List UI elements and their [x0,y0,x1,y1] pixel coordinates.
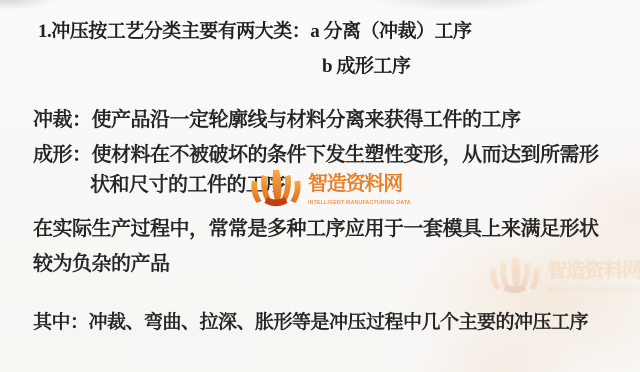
watermark: 智造资料网 INTELLIGENT MANUFACTURING DATA [247,164,506,207]
definition-forming-line1: 成形：使材料在不被破坏的条件下发生塑性变形，从而达到所需形 [33,138,599,167]
paragraph-production-line1: 在实际生产过程中，常常是多种工序应用于一套模具上来满足形状 [33,212,599,241]
brand-logo-icon-faint [486,251,544,294]
slide-canvas: 1.冲压按工艺分类主要有两大类：a 分离（冲裁）工序 b 成形工序 冲裁：使产品… [0,0,640,372]
definition-blanking: 冲裁：使产品沿一定轮廓线与材料分离来获得工件的工序 [33,103,521,132]
brand-logo-icon [247,164,305,207]
brand-tagline-faint: INTELLIGENT MANUFACTURING DATA [547,287,640,293]
watermark-faint: 智造资料网 INTELLIGENT MANUFACTURING DATA [486,251,640,294]
brand-tagline-wrap: INTELLIGENT MANUFACTURING DATA [308,195,506,202]
heading-branch-b: b 成形工序 [322,51,410,78]
brand-name: 智造资料网 [308,173,506,195]
paragraph-production-line2: 较为负杂的产品 [33,247,170,276]
brand-text-block-faint: 智造资料网 INTELLIGENT MANUFACTURING DATA [547,251,640,289]
brand-tagline: INTELLIGENT MANUFACTURING DATA [308,200,411,206]
brand-tagline-wrap-faint: INTELLIGENT MANUFACTURING DATA [547,282,640,289]
brand-name-faint: 智造资料网 [547,260,640,282]
paragraph-main-processes: 其中：冲裁、弯曲、拉深、胀形等是冲压过程中几个主要的冲压工序 [33,307,588,334]
brand-text-block: 智造资料网 INTELLIGENT MANUFACTURING DATA [308,164,506,202]
heading-classification: 1.冲压按工艺分类主要有两大类：a 分离（冲裁）工序 [38,16,472,43]
